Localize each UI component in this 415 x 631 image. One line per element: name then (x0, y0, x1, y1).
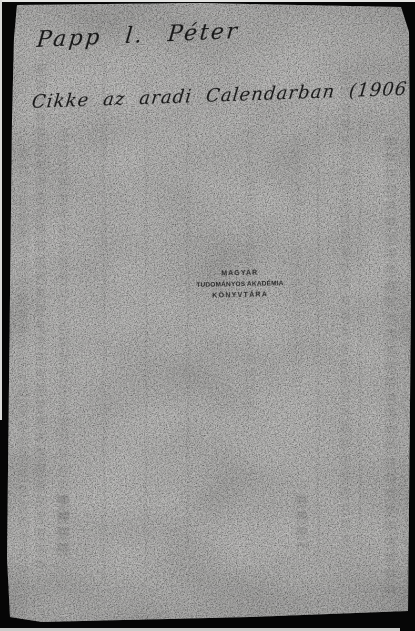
scan-edge-sliver-left (0, 0, 2, 420)
scan-vignette (0, 0, 415, 631)
scan-root: { "scan": { "handwriting": { "line1": "P… (0, 0, 415, 631)
paper-sheet: Papp l. Péter Cikke az aradi Calendarban… (0, 0, 415, 631)
scanned-page: Papp l. Péter Cikke az aradi Calendarban… (0, 0, 415, 631)
scan-edge-sliver-top (0, 0, 415, 2)
